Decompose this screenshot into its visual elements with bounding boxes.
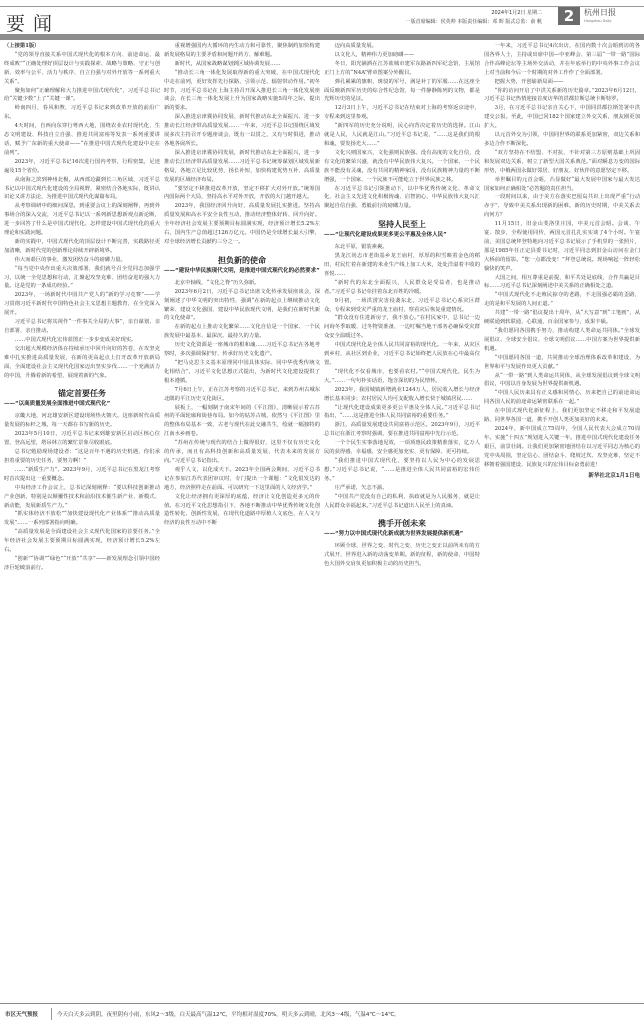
paragraph: 深入推进京津冀协同发展，新时代推动东北全面振兴，进一步推动长江经济带高质量发展…… — [164, 149, 320, 185]
paragraph: “我们愿同各国携手努力，推动构建人类命运共同体。”全球发展倡议、全球安全倡议、全… — [484, 327, 640, 354]
paragraph: 交出超大规模经济体在持续承压中回升向好的答卷，在攻坚克难中扎实推进高质量发展，在… — [4, 345, 160, 381]
paragraph: ……中国式现代化宏伟蓝图正一步步变成美好现实。 — [4, 336, 160, 345]
subhead-subtitle: ——“努力以中国式现代化新成就为世界发展提供新机遇” — [324, 530, 480, 538]
paragraph: “我们推进中国式现代化，要坚持以人民为中心的发展思想。”习近平总书记说，“……是… — [324, 457, 480, 484]
paragraph: 2024年，新中国成立75周年，全国人民代表大会成立70周年。实施“十四五”规划… — [484, 425, 640, 470]
column-2: 重视增强国内大循环的内生动力和可靠性，聚焦制约加快构建新发展格局的主要矛盾和问题… — [164, 42, 320, 994]
paragraph: “苏州在传统与现代的结合上做得很好，这里不仅有历史文化的传承，而且有高科技创新和… — [164, 439, 320, 466]
logo-en: Hangzhou Daily — [584, 17, 640, 26]
subhead-title: 坚持人民至上 — [324, 219, 480, 231]
paragraph: 一段时间以来，由于美方在落实巴厘岛共识上出现严重“行动赤字”，导致中美关系出现新… — [484, 193, 640, 220]
paragraph: 2023年，我国城镇新增就业1244万人，居民收入增长与经济增长基本同步；农村居… — [324, 386, 480, 404]
paragraph: 文化让经济拥有更深厚的底蕴，经济让文化创造更多元的价值。在习近平文化思想指引下，… — [164, 493, 320, 529]
subhead-subtitle: ——“让现代化建设成果更多更公平惠及全体人民” — [324, 231, 480, 239]
paragraph: 2023年，我国经济回升向好，高质量发展扎实推进。坚持高质量发展和高水平安全良性… — [164, 202, 320, 247]
article-body: （上接第1版）“党的领导直接关系中国式现代化的根本方向、前途命运、最终成败”“正… — [4, 42, 640, 994]
page-number-badge: 2 — [558, 7, 580, 25]
paragraph: “双方坚持在不结盟、不对抗、不针对第三方原则基础上巩固和发展双边关系，树立了新型… — [484, 149, 640, 176]
paragraph: “新时代的东北全面振兴，人民群众是受益者，也是推动者。”习近平总书记牵挂着东北百… — [324, 279, 480, 297]
paragraph: 岭南四月，春风和煦，习近平总书记来到改革开放的前沿广东。 — [4, 104, 160, 122]
column-1: （上接第1版）“党的领导直接关系中国式现代化的根本方向、前途命运、最终成败”“正… — [4, 42, 160, 994]
continuation-note: （上接第1版） — [4, 42, 160, 51]
subhead-subtitle: ——“建设中华民族现代文明，是推进中国式现代化的必然要求” — [164, 267, 320, 275]
paragraph: 一年来，习近平总书记4次出访，在国内数十次会晤到访的各国各界人士，主持或出席中国… — [484, 42, 640, 78]
masthead-meta: 2024年1月2日 星期二 一版首席编辑：侯英帅 本版责任编辑：邓 晖 版式总监… — [406, 9, 542, 27]
paragraph: 冬日，阳光铺洒在江苏盐城市建军东路新四军纪念馆，主展馆正门上方的“N4A”臂章图… — [324, 60, 480, 78]
paragraph: 深入推进京津冀协同发展、新时代推动东北全面振兴、进一步推动长江经济带高质量发展…… — [164, 113, 320, 149]
paragraph: 7月6日上午，正在江苏考察的习近平总书记，来到苏州古城东北隅的平江历史文化街区。 — [164, 386, 320, 404]
paragraph: “群众没有住进新房子，我不放心。”在村民家中，总书记一边问询冬季取暖、过冬物资准… — [324, 314, 480, 341]
paragraph: “新四军的历史充分说明，民心向背决定着历史的选择。江山就是人民，人民就是江山。”… — [324, 122, 480, 149]
paragraph: 文化兴则国家兴，文化强则民族强。没有高度的文化自信，没有文化的繁荣兴盛，就没有中… — [324, 149, 480, 185]
weather-label: 市区天气预报 — [5, 1010, 38, 1018]
paragraph: 以文化人，精神伟力更加磅礴—— — [324, 51, 480, 60]
paragraph: 从考察调研中的细问深思，到重要会议上的深刻阐释，再到外事场合的深入交流，习近平总… — [4, 202, 160, 238]
paragraph: 京畿大地，河北雄安新区建设现场热火朝天。这座新时代高质量发展的标杆之城，每一天都… — [4, 412, 160, 430]
dateline: 新华社北京1月1日电 — [484, 472, 640, 481]
paragraph: “现代化不仅看城市，也要看农村。”“中国式现代化，民生为大。”……一句句朴实话语… — [324, 368, 480, 386]
paragraph: 以元首外交为引领，中国同世界的联系更加紧密，双边关系和多边合作不断深化。 — [484, 131, 640, 149]
paragraph: “推动长三角一体化发展取得新的重大突破，在中国式现代化中走在前列，更好发挥先行探… — [164, 69, 320, 114]
paragraph: 从“一带一路”到人类命运共同体，从全球发展倡议到全球文明倡议，中国以自身发展为世… — [484, 372, 640, 390]
paragraph: 聚焦如何“正确理解和大力推进中国式现代化”，习近平总书记给“关键少数”上了“关键… — [4, 87, 160, 105]
section-subhead: 锚定首要任务——“以高质量发展全面推进中国式现代化” — [4, 388, 160, 408]
paragraph: 12月3日上午，习近平总书记在结束对上海的考察返京途中，专程来到这里参观。 — [324, 104, 480, 122]
paragraph: 11月15日，旧金山斐洛里庄园，中美元首会晤。会谈、午宴、散步，全程使用同传，两… — [484, 220, 640, 273]
paragraph: “要坚定不移推进改革开放，坚定不移扩大对外开放。”统筹国内国际两个大局，坚持高水… — [164, 185, 320, 203]
paragraph: 举世瞩目的元首会晤，凸显做好“最大发展中国家与最大发达国家如何正确相处”必答题的… — [484, 176, 640, 194]
paragraph: 观乎人文，以化成天下。2023年全国两会期间，习近平总书记在参加江苏代表团审议时… — [164, 466, 320, 493]
subhead-title: 携手开创未来 — [324, 518, 480, 530]
paragraph: “每当党中央作出重大决策部署，我们就号召全党同志加强学习，以统一全党思想和行动，… — [4, 265, 160, 292]
paragraph: 伟大而艰巨的事业，激发团结奋斗的磅礴力量。 — [4, 256, 160, 265]
weather-forecast-text: 今天白天多云到阴，夜里阴有小雨，东风2～3级，白天最高气温12℃，平均相对湿度7… — [57, 1010, 400, 1018]
issue-date: 2024年1月2日 星期二 — [406, 9, 542, 18]
paragraph: 重视增强国内大循环的内生动力和可靠性，聚焦制约加快构建新发展格局的主要矛盾和问题… — [164, 42, 320, 60]
masthead: 要闻 2024年1月2日 星期二 一版首席编辑：侯英帅 本版责任编辑：邓 晖 版… — [0, 0, 644, 34]
paragraph: 新时代，从国家战略谋划到区域协调发展…… — [164, 60, 320, 69]
paragraph: 北京中轴线，“文化之脊”历久弥新。 — [164, 279, 320, 288]
paragraph: 黑龙江尚志市老街基乡龙王庙村，厚厚的积雪映着金色的稻田，村民忙着在新建的米业生产… — [324, 252, 480, 279]
paragraph: 2023年6月2日，习近平总书记出席文化传承发展座谈会，深刻阐述了中华文明的突出… — [164, 288, 320, 324]
section-subhead: 携手开创未来——“努力以中国式现代化新成就为世界发展提供新机遇” — [324, 518, 480, 538]
paragraph: 中央经济工作会议上，总书记深刻阐释：“要以科技创新推动产业创新，特别是以颠覆性技… — [4, 484, 160, 511]
paragraph: 共建“一带一路”倡议提出十周年，从“大写意”到“工笔画”，从硬联通到软联通、心联… — [484, 309, 640, 327]
paragraph: 展板上，一幅刻制于南宋年间的《平江图》，清晰展示着古苏州的平面轮廓和街巷布局。如… — [164, 404, 320, 440]
paragraph: 弹孔累累的旗帜，斑驳的军号，满是补丁的军服……在这座全面反映新四军历史的综合性纪… — [324, 78, 480, 105]
paragraph: “让现代化建设成果更多更公平惠及全体人民。”习近平总书记指出，“……这是推进全体… — [324, 404, 480, 422]
paragraph: 中国式现代化是全体人民共同富裕的现代化。一年来，从灾区到乡村，从社区到企业，习近… — [324, 341, 480, 368]
paragraph: 大国之间，相互尊重是前提，和平共处是底线，合作共赢是目标……习近平总书记深刻阐述… — [484, 274, 640, 292]
paragraph: 在中国式现代化新征程上，我们更加坚定不移走和平发展道路，同世界各国一道，携手开创… — [484, 407, 640, 425]
section-subhead: 坚持人民至上——“让现代化建设成果更多更公平惠及全体人民” — [324, 219, 480, 239]
paragraph: 环顾全球，世界之变、时代之变、历史之变正以前所未有的方式展开，世界进入新的动荡变… — [324, 542, 480, 569]
paragraph: “把马克思主义基本原理同中国具体实际、同中华优秀传统文化相结合”，习近平文化思想… — [164, 359, 320, 386]
paragraph: 新的实践中，中国式现代化的顶层设计不断完善，实践路径更加清晰，新时代党的创新理论… — [4, 238, 160, 256]
column-4: 一年来，习近平总书记4次出访，在国内数十次会晤到访的各国各界人士，主持或出席中国… — [484, 42, 640, 994]
paragraph: “中国愿同各国一道，共同推动全球治理体系改革和建设，为世界和平与发展作出更大贡献… — [484, 354, 640, 372]
paragraph: 3月，在习近平总书记亲自关心下，中国同洪都拉斯签署中洪建交公报。至此，中国已同1… — [484, 104, 640, 131]
paragraph: 庄严承诺，矢志不渝。 — [324, 484, 480, 493]
footer-divider — [51, 1008, 52, 1020]
paragraph: 一个个民生实事落地见效，一项项惠民政策精准落实，亿万人民的获得感、幸福感、安全感… — [324, 439, 480, 457]
subhead-title: 担负新的使命 — [164, 255, 320, 267]
paragraph: 4天时间，自西向东穿行粤西大地，围绕农业农村现代化、生态文明建设、科技自立自强、… — [4, 122, 160, 158]
editor-credits: 一版首席编辑：侯英帅 本版责任编辑：邓 晖 版式总监：俞 帆 — [406, 18, 542, 27]
section-title: 要闻 — [6, 9, 60, 36]
logo-cn: 杭州日报 — [584, 8, 640, 17]
paragraph: 在新的起点上推动文化繁荣……文化自信是一个国家、一个民族发展中最基本、最深沉、最… — [164, 323, 320, 341]
paragraph: 东北平原，银装素裹。 — [324, 243, 480, 252]
paragraph: 历史文化资源是一座城市的根和魂……习近平总书记在各地考察时，多次强调保护好、传承… — [164, 341, 320, 359]
paragraph: 迈向高质量发展。 — [324, 42, 480, 51]
paragraph: 浙江，高质量发展建设共同富裕示范区。2023年9月，习近平总书记在浙江考察时强调… — [324, 421, 480, 439]
paragraph: 总书记勉励现场建设者：“这是百年不遇的历史机遇，你们承担着重要的历史任务，要努力… — [4, 448, 160, 466]
paragraph: 2023年5月10日，习近平总书记来到雄安新区启动区核心位置，登高远望，塔吊林立… — [4, 430, 160, 448]
paragraph: “中国共产党没有自己的私利，执政就是为人民服务，就是让人民群众幸福起来。”习近平… — [324, 493, 480, 511]
paragraph: 2023年，习近平总书记16次进行国内考察，行程密集，足迹遍及15个省份。 — [4, 158, 160, 176]
header-band — [0, 34, 644, 40]
newspaper-logo: 杭州日报 Hangzhou Daily — [584, 8, 640, 26]
weather-footer: 市区天气预报 今天白天多云到阴，夜里阴有小雨，东风2～3级，白天最高气温12℃，… — [0, 1003, 644, 1024]
paragraph: “高质量发展是全面建设社会主义现代化国家的首要任务。”全年经济社会发展主要预期目… — [4, 528, 160, 555]
paragraph: 把握大势，开创崭新局面—— — [484, 78, 640, 87]
section-subhead: 担负新的使命——“建设中华民族现代文明，是推进中国式现代化的必然要求” — [164, 255, 320, 275]
paragraph: “中国式现代化不走殖民掠夺的老路，不走国强必霸的歪路，走的是和平发展的人间正道。… — [484, 291, 640, 309]
paragraph: ……“新质生产力”，2023年9月，习近平总书记在黑龙江考察时首次提出这一重要概… — [4, 466, 160, 484]
paragraph: 从南海之滨到神州北极，从西部边疆到长三角区域，习近平总书记以中国式现代化建设的全… — [4, 176, 160, 203]
column-3: 迈向高质量发展。以文化人，精神伟力更加磅礴——冬日，阳光铺洒在江苏盐城市建军东路… — [324, 42, 480, 994]
paragraph: “抓实体经济不放松”“加快建设现代化产业体系”“推动高质量发展”……一系列部署指… — [4, 510, 160, 528]
paragraph: “你的访问开启了中洪关系新的历史篇章。”2023年6月12日，习近平总书记热情迎… — [484, 87, 640, 105]
masthead-rule — [0, 6, 644, 7]
paragraph: 9月初，一场洪涝灾害侵袭东北，习近平总书记心系灾区群众，专程来到受灾严重的龙王庙… — [324, 297, 480, 315]
paragraph: “创新”“协调”“绿色”“开放”“共享”——新发展理念引领中国经济巨轮破浪前行。 — [4, 555, 160, 573]
paragraph: 2023年，一场新时代中国共产党人的“新的学习竞赛”——学习贯彻习近平新时代中国… — [4, 291, 160, 318]
subhead-title: 锚定首要任务 — [4, 388, 160, 400]
paragraph: 习近平总书记将其视作“一件事关全局的大事”，亲自谋划、亲自部署、亲自推动。 — [4, 318, 160, 336]
paragraph: “党的领导直接关系中国式现代化的根本方向、前途命运、最终成败”“正确处理好顶层设… — [4, 51, 160, 87]
paragraph: “中国人民历来具有正义感和同情心，历来把自己的前途命运同各国人民的前途命运紧密联… — [484, 389, 640, 407]
subhead-subtitle: ——“以高质量发展全面推进中国式现代化” — [4, 400, 160, 408]
paragraph: 在习近平总书记引领推动下，以中华优秀传统文化、革命文化、社会主义先进文化积极铸魂… — [324, 185, 480, 212]
